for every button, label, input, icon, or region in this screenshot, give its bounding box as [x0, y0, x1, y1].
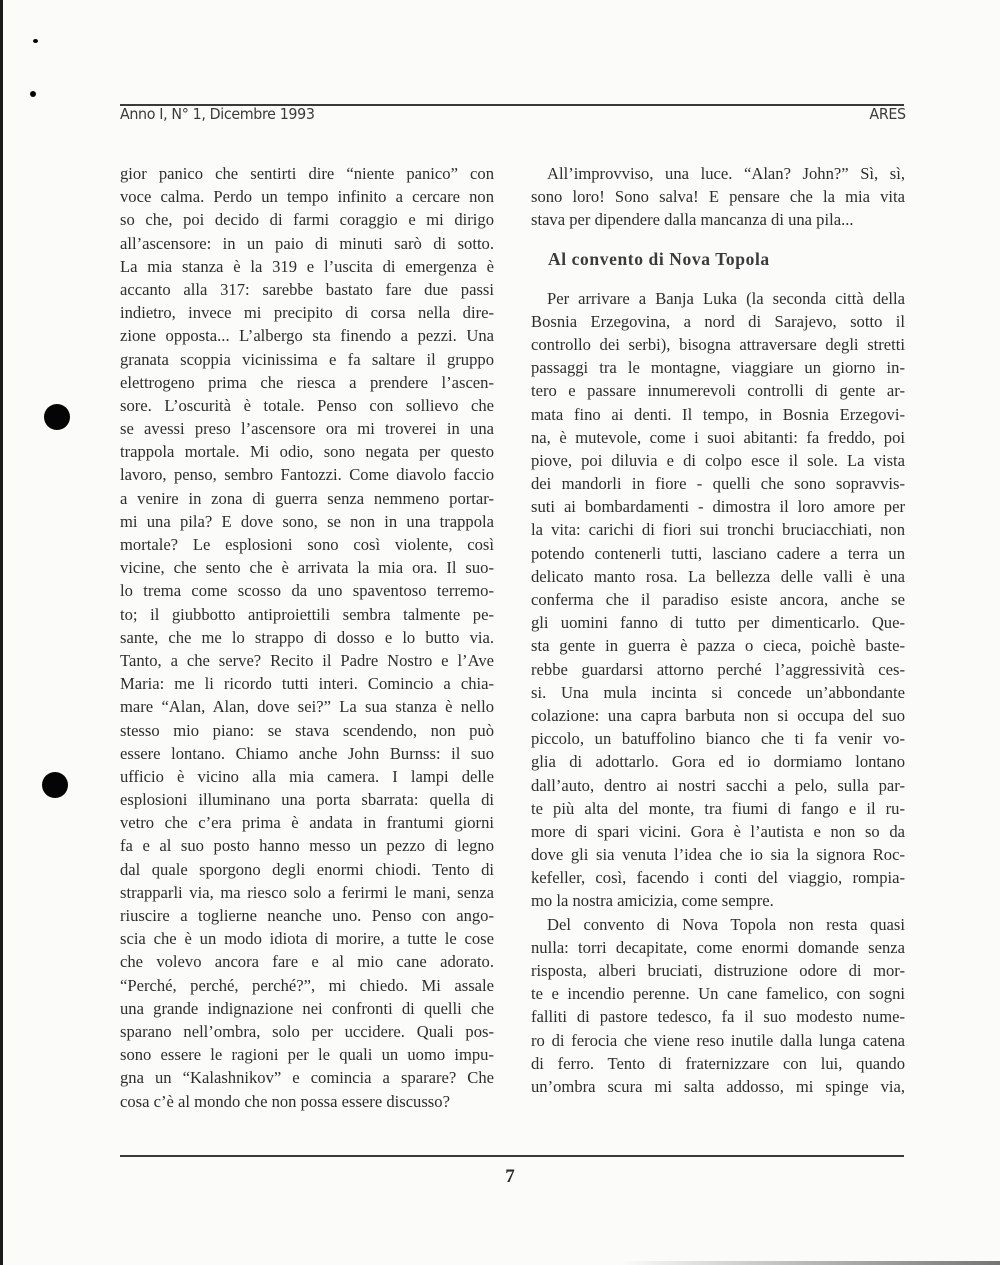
text-line: gli uomini fanno di tutto per dimenticar…	[531, 611, 905, 634]
punch-mark-small	[30, 91, 36, 97]
text-line: gior panico che sentirti dire “niente pa…	[120, 162, 494, 185]
text-line: stesso mio piano: se stava scendendo, no…	[120, 719, 494, 742]
text-line: falliti di pastore tedesco, fa il suo mo…	[531, 1005, 905, 1028]
text-line: La mia stanza è la 319 e l’uscita di eme…	[120, 255, 494, 278]
text-line: conferma che il paradiso esiste ancora, …	[531, 588, 905, 611]
text-line: scia che è un modo idiota di morire, a t…	[120, 927, 494, 950]
text-line: fa e al suo posto hanno messo un pezzo d…	[120, 834, 494, 857]
text-line: a venire in zona di guerra senza nemmeno…	[120, 487, 494, 510]
text-line: la vita: carichi di fiori sui tronchi br…	[531, 518, 905, 541]
text-line: ro di ferocia che viene reso inutile dal…	[531, 1029, 905, 1052]
text-line: all’ascensore: in un paio di minuti sarò…	[120, 232, 494, 255]
text-line: dal quale sporgono degli enormi chiodi. …	[120, 858, 494, 881]
text-line: vetro che c’era prima è andata in frantu…	[120, 811, 494, 834]
left-text-column: gior panico che sentirti dire “niente pa…	[120, 162, 494, 1113]
binder-hole-mark	[42, 772, 68, 798]
text-line: te più alta del monte, tra fiumi di fang…	[531, 797, 905, 820]
text-line: sta gente in guerra è pazza o cieca, poi…	[531, 634, 905, 657]
text-line: Per arrivare a Banja Luka (la seconda ci…	[531, 287, 905, 310]
text-line: gna un “Kalashnikov” e comincia a sparar…	[120, 1066, 494, 1089]
text-line: mo la nostra amicizia, come sempre.	[531, 889, 905, 912]
text-line: dei mandorli in fiore - quelli che sono …	[531, 472, 905, 495]
text-line: rebbe guardarsi attorno perché l’aggress…	[531, 658, 905, 681]
text-line: Tanto, a che serve? Recito il Padre Nost…	[120, 649, 494, 672]
section-heading: Al convento di Nova Topola	[531, 247, 905, 271]
text-line: trappola mortale. Mi odio, sono negata p…	[120, 440, 494, 463]
scan-bottom-shadow	[620, 1261, 1000, 1265]
text-line: to; il giubbotto antiproiettili sembra t…	[120, 603, 494, 626]
text-line: si. Una mula incinta si concede un’abbon…	[531, 681, 905, 704]
text-line: sono loro! Sono salva! E pensare che la …	[531, 185, 905, 208]
text-line: mata fino ai denti. Il tempo, in Bosnia …	[531, 403, 905, 426]
text-line: colazione: una capra barbuta non si occu…	[531, 704, 905, 727]
text-line: so che, poi decido di farmi coraggio e m…	[120, 208, 494, 231]
text-line: sono essere le ragioni per le quali un u…	[120, 1043, 494, 1066]
right-text-column: All’improvviso, una luce. “Alan? John?” …	[531, 162, 905, 1098]
text-line: cosa c’è al mondo che non possa essere d…	[120, 1090, 494, 1113]
text-line: more di spari vicini. Gora è l’autista e…	[531, 820, 905, 843]
paragraph-convent: Del convento di Nova Topola non resta qu…	[531, 913, 905, 1099]
text-line: potendo contenerli tutti, lasciano cader…	[531, 542, 905, 565]
text-line: na, è mutevole, come i suoi abitanti: fa…	[531, 426, 905, 449]
issue-info: Anno I, N° 1, Dicembre 1993	[120, 105, 315, 123]
text-line: una grande indignazione nei confronti di…	[120, 997, 494, 1020]
text-line: glia di adottarlo. Gora ed io dormiamo l…	[531, 750, 905, 773]
text-line: piove, poi diluvia e di colpo esce il so…	[531, 449, 905, 472]
text-line: mortale? Le esplosioni sono così violent…	[120, 533, 494, 556]
footer-rule	[120, 1155, 904, 1157]
text-line: te e incendio perenne. Un cane famelico,…	[531, 982, 905, 1005]
text-line: Bosnia Erzegovina, a nord di Sarajevo, s…	[531, 310, 905, 333]
text-line: se avessi preso l’ascensore ora mi trove…	[120, 417, 494, 440]
text-line: dall’auto, dentro ai nostri sacchi a pel…	[531, 774, 905, 797]
text-line: stava per dipendere dalla mancanza di un…	[531, 208, 905, 231]
text-line: un’ombra scura mi salta addosso, mi spin…	[531, 1075, 905, 1098]
text-line: riuscire a toglierne neanche uno. Penso …	[120, 904, 494, 927]
text-line: che volevo ancora fare e al mio cane ado…	[120, 950, 494, 973]
text-line: sparano nell’ombra, solo per uccidere. Q…	[120, 1020, 494, 1043]
text-line: risposta, alberi bruciati, distruzione o…	[531, 959, 905, 982]
text-line: indietro, invece mi precipito di corsa n…	[120, 301, 494, 324]
paragraph-banja-luka: Per arrivare a Banja Luka (la seconda ci…	[531, 287, 905, 913]
text-line: Del convento di Nova Topola non resta qu…	[531, 913, 905, 936]
text-line: passaggi tra le montagne, viaggiare un g…	[531, 356, 905, 379]
binder-hole-mark	[44, 404, 70, 430]
text-line: accanto alla 317: sarebbe bastato fare d…	[120, 278, 494, 301]
punch-mark-small	[33, 39, 38, 43]
text-line: delicato manto rosa. La bellezza delle v…	[531, 565, 905, 588]
text-line: esplosioni illuminano una porta sbarrata…	[120, 788, 494, 811]
text-line: nulla: torri decapitate, come enormi dom…	[531, 936, 905, 959]
text-line: All’improvviso, una luce. “Alan? John?” …	[531, 162, 905, 185]
text-line: piccolo, un batuffolino bianco che ti fa…	[531, 727, 905, 750]
text-line: lavoro, penso, sembro Fantozzi. Come dia…	[120, 463, 494, 486]
text-line: strapparli via, ma riesco solo a ferirmi…	[120, 881, 494, 904]
text-line: sante, che me lo strappo di dosso e lo b…	[120, 626, 494, 649]
text-line: granata scoppia vicinissima e fa saltare…	[120, 348, 494, 371]
text-line: elettrogeno prima che riesca a prendere …	[120, 371, 494, 394]
text-line: Maria: me li ricordo tutti interi. Comin…	[120, 672, 494, 695]
text-line: ufficio è vicino alla mia camera. I lamp…	[120, 765, 494, 788]
text-line: “Perché, perché, perché?”, mi chiedo. Mi…	[120, 974, 494, 997]
text-line: zione opposta... L’albergo sta finendo a…	[120, 324, 494, 347]
text-line: mi una pila? E dove sono, se non in una …	[120, 510, 494, 533]
text-line: voce calma. Perdo un tempo infinito a ce…	[120, 185, 494, 208]
text-line: sore. L’oscurità è totale. Penso con sol…	[120, 394, 494, 417]
text-line: kefeller, così, facendo i conti del viag…	[531, 866, 905, 889]
text-line: vicine, che sento che è arrivata la mia …	[120, 556, 494, 579]
text-line: essere lontano. Chiamo anche John Burnss…	[120, 742, 494, 765]
text-line: tero e passare innumerevoli controlli di…	[531, 379, 905, 402]
text-line: dove gli sia venuta l’idea che io sia la…	[531, 843, 905, 866]
text-line: di ferro. Tento di fraternizzare con lui…	[531, 1052, 905, 1075]
publication-name: ARES	[869, 105, 905, 123]
running-header: Anno I, N° 1, Dicembre 1993 ARES	[120, 105, 843, 129]
text-line: lo trema come scosso da uno spaventoso t…	[120, 579, 494, 602]
text-line: suti ai bombardamenti - dimostra il loro…	[531, 495, 905, 518]
paragraph-rescue: All’improvviso, una luce. “Alan? John?” …	[531, 162, 905, 232]
text-line: mare “Alan, Alan, dove sei?” La sua stan…	[120, 695, 494, 718]
text-line: controllo dei serbi), bisogna attraversa…	[531, 333, 905, 356]
page-number: 7	[0, 1166, 1000, 1188]
scan-left-edge	[0, 0, 3, 1265]
